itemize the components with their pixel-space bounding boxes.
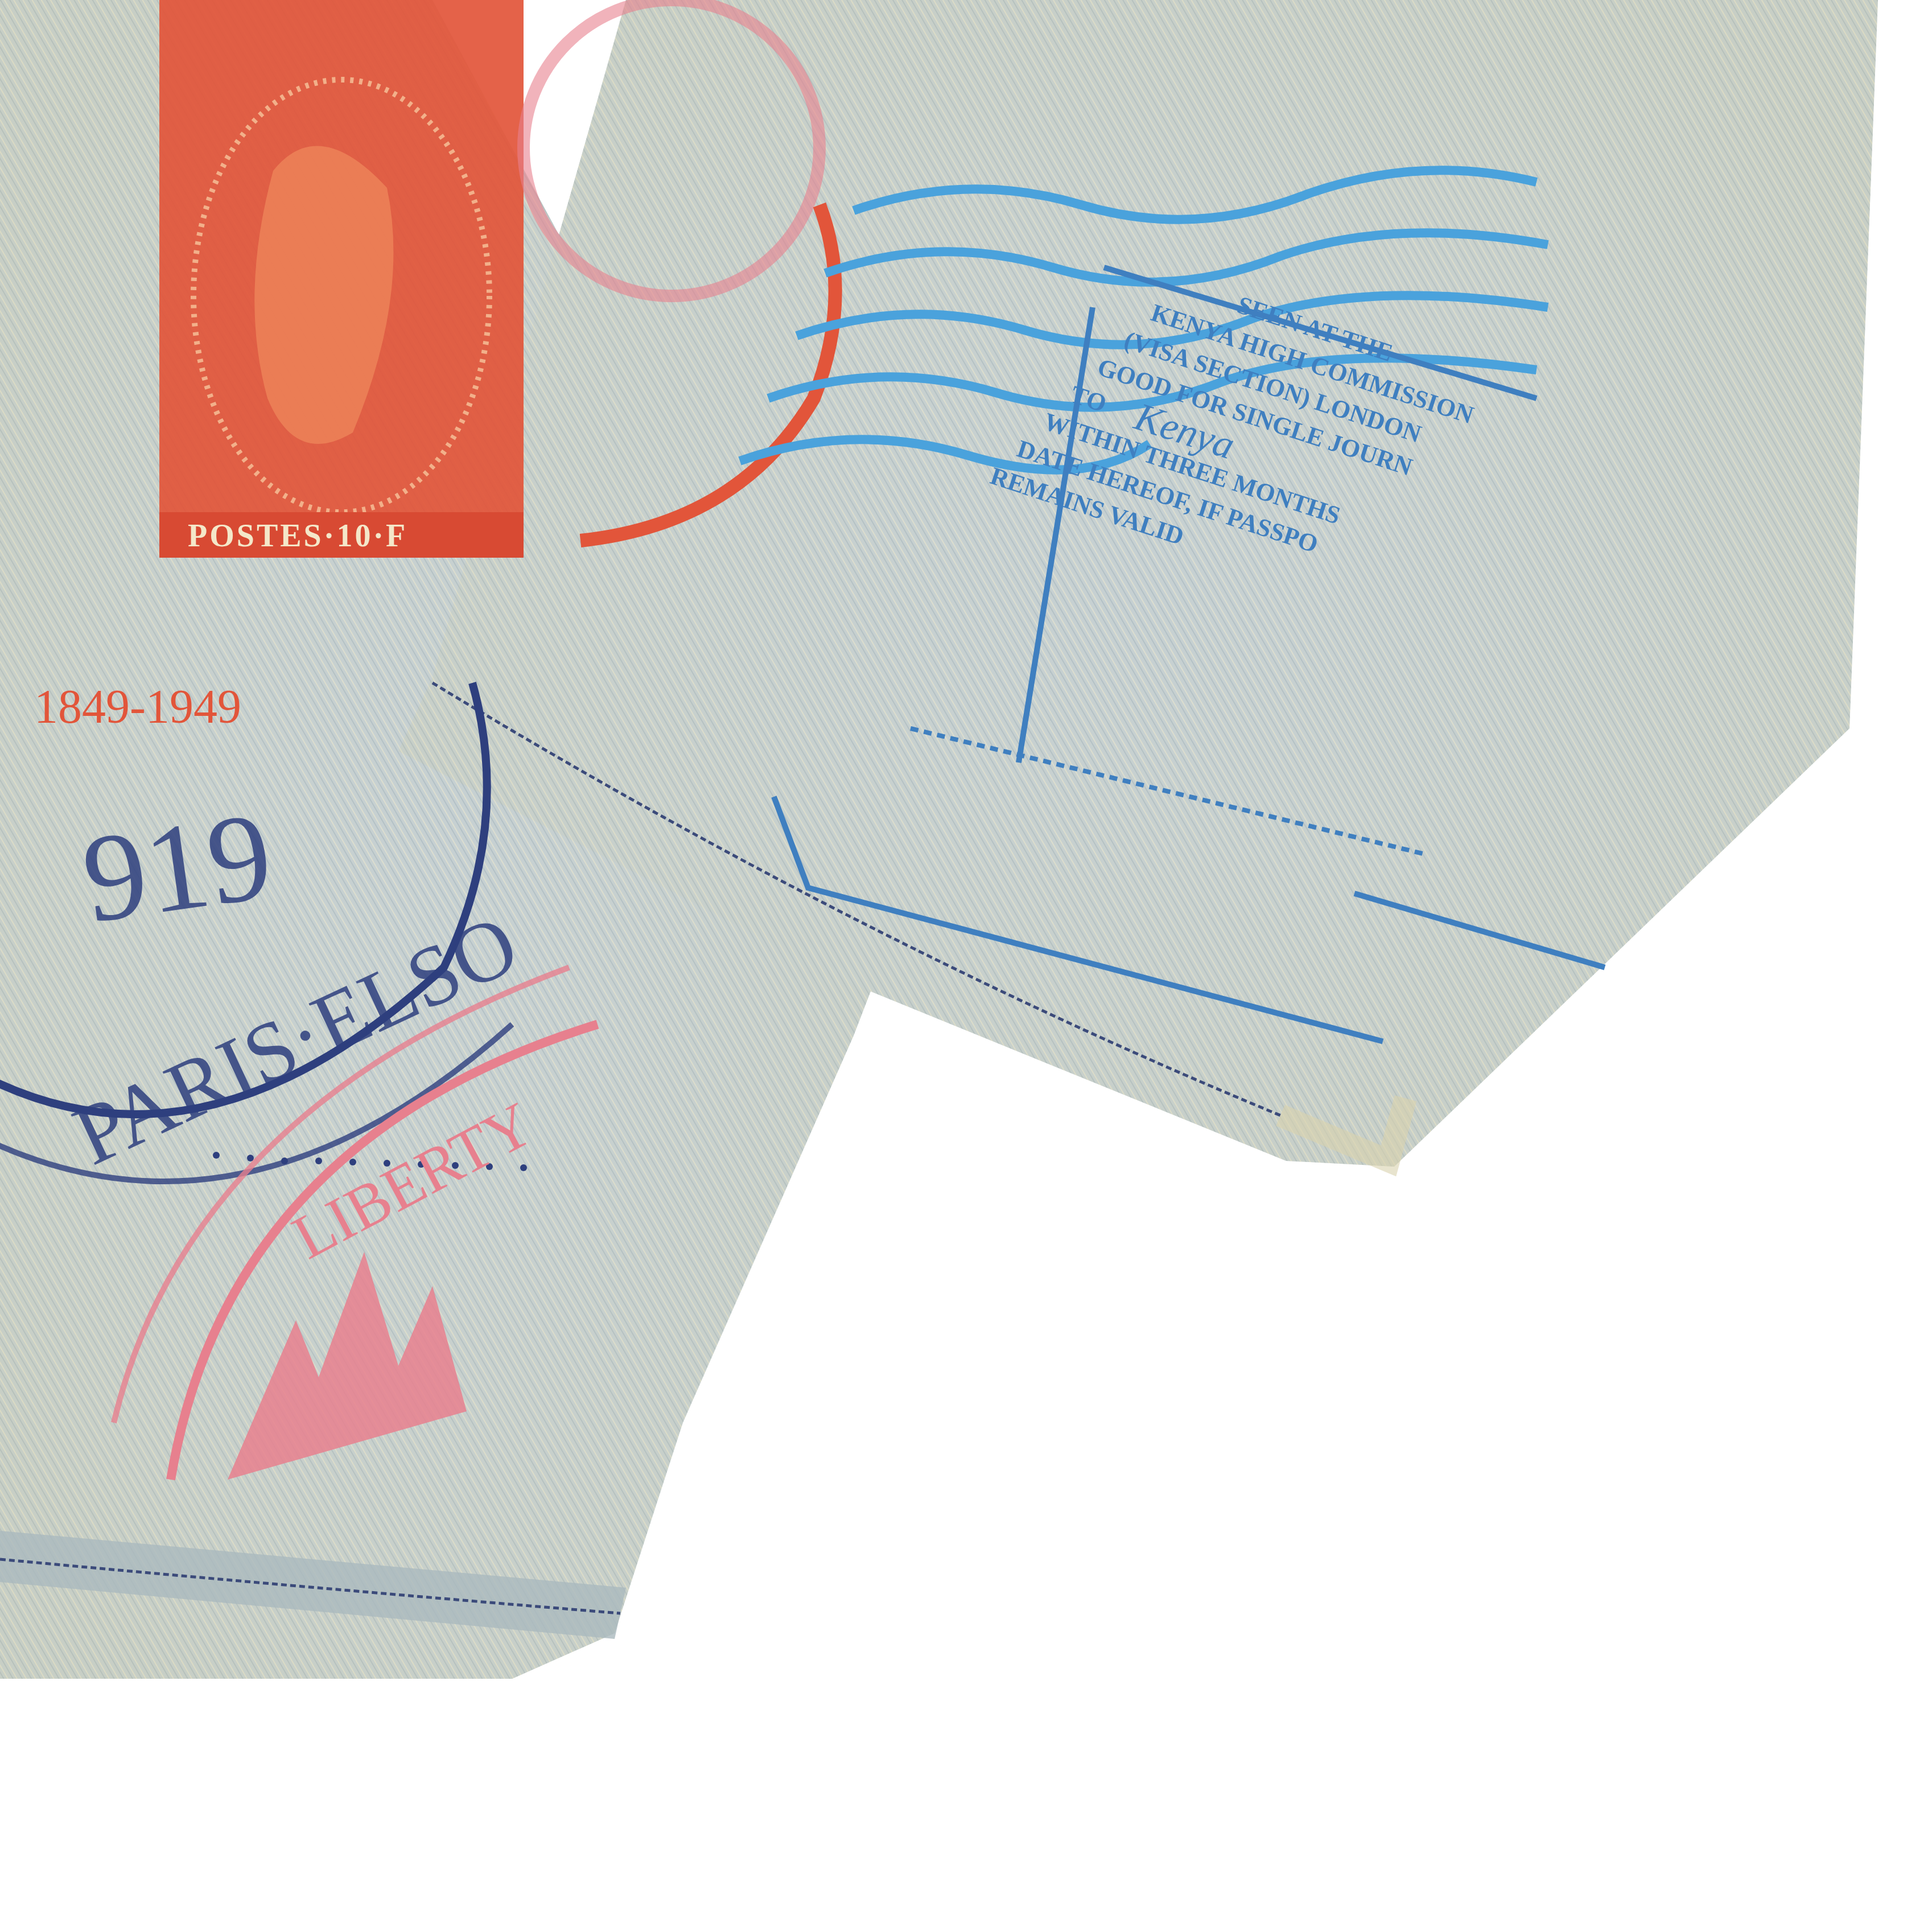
product-photo: POSTES·10·F 1849-1949 919 PARIS·ELSO LIB… [0, 0, 1932, 1932]
stamp-label: POSTES·10·F [188, 518, 407, 554]
anniversary-text: 1849-1949 [34, 681, 241, 734]
postmark-numbers: 919 [75, 785, 280, 949]
jeans-illustration: POSTES·10·F 1849-1949 919 PARIS·ELSO LIB… [0, 0, 1932, 1932]
orange-stamp-print: POSTES·10·F [159, 0, 524, 558]
